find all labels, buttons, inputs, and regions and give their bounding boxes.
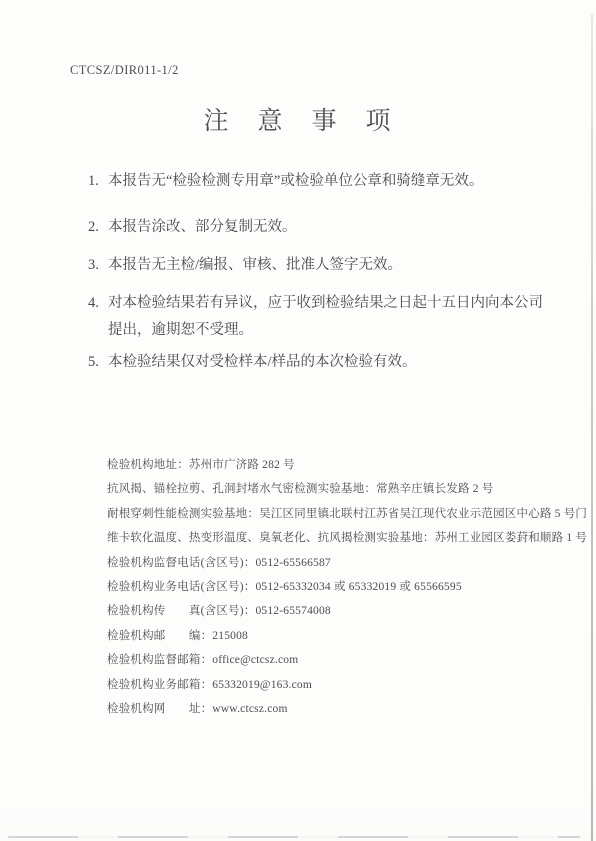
contact-line-address: 检验机构地址：苏州市广济路 282 号 <box>107 453 577 477</box>
note-number: 1. <box>88 168 108 195</box>
scan-page-right-edge <box>591 14 593 841</box>
note-item-4: 4. 对本检验结果若有异议，应于收到检验结果之日起十五日内向本公司提出，逾期恕不… <box>88 290 544 344</box>
scanned-document-page: CTCSZ/DIR011-1/2 注 意 事 项 1. 本报告无“检验检测专用章… <box>0 0 596 841</box>
note-number: 3. <box>88 252 108 279</box>
note-item-2: 2. 本报告涂改、部分复制无效。 <box>88 214 544 241</box>
contact-info-block: 检验机构地址：苏州市广济路 282 号 抗风揭、锚栓拉剪、孔洞封堵水气密检测实验… <box>107 453 577 721</box>
contact-line-business-phone: 检验机构业务电话(含区号)：0512-65332034 或 65332019 或… <box>107 575 577 599</box>
contact-line-base-sip: 维卡软化温度、热变形温度、臭氧老化、抗风揭检测实验基地：苏州工业园区娄葑和顺路 … <box>107 526 577 550</box>
note-number: 2. <box>88 214 108 241</box>
note-text: 本报告无“检验检测专用章”或检验单位公章和骑缝章无效。 <box>108 168 544 195</box>
contact-line-supervision-phone: 检验机构监督电话(含区号)：0512-65566587 <box>107 551 577 575</box>
contact-line-supervision-email: 检验机构监督邮箱：office@ctcsz.com <box>107 648 577 672</box>
note-item-1: 1. 本报告无“检验检测专用章”或检验单位公章和骑缝章无效。 <box>88 168 544 195</box>
document-code: CTCSZ/DIR011-1/2 <box>70 63 179 78</box>
note-item-5: 5. 本检验结果仅对受检样本/样品的本次检验有效。 <box>88 349 544 376</box>
contact-line-website: 检验机构网 址：www.ctcsz.com <box>107 697 577 721</box>
note-number: 5. <box>88 349 108 376</box>
note-text: 本检验结果仅对受检样本/样品的本次检验有效。 <box>108 349 544 376</box>
scan-page-bottom-edge <box>8 836 580 838</box>
contact-line-postcode: 检验机构邮 编：215008 <box>107 624 577 648</box>
note-text: 对本检验结果若有异议，应于收到检验结果之日起十五日内向本公司提出，逾期恕不受理。 <box>108 290 544 344</box>
contact-line-fax: 检验机构传 真(含区号)：0512-65574008 <box>107 599 577 623</box>
note-text: 本报告无主检/编报、审核、批准人签字无效。 <box>108 252 544 279</box>
note-text: 本报告涂改、部分复制无效。 <box>108 214 544 241</box>
note-item-3: 3. 本报告无主检/编报、审核、批准人签字无效。 <box>88 252 544 279</box>
contact-line-base-changshu: 抗风揭、锚栓拉剪、孔洞封堵水气密检测实验基地：常熟辛庄镇长发路 2 号 <box>107 477 577 501</box>
note-number: 4. <box>88 290 108 344</box>
contact-line-business-email: 检验机构业务邮箱：65332019@163.com <box>107 673 577 697</box>
page-title: 注 意 事 项 <box>0 101 596 137</box>
contact-line-base-wujiang: 耐根穿刺性能检测实验基地：吴江区同里镇北联村江苏省吴江现代农业示范园区中心路 5… <box>107 502 577 526</box>
